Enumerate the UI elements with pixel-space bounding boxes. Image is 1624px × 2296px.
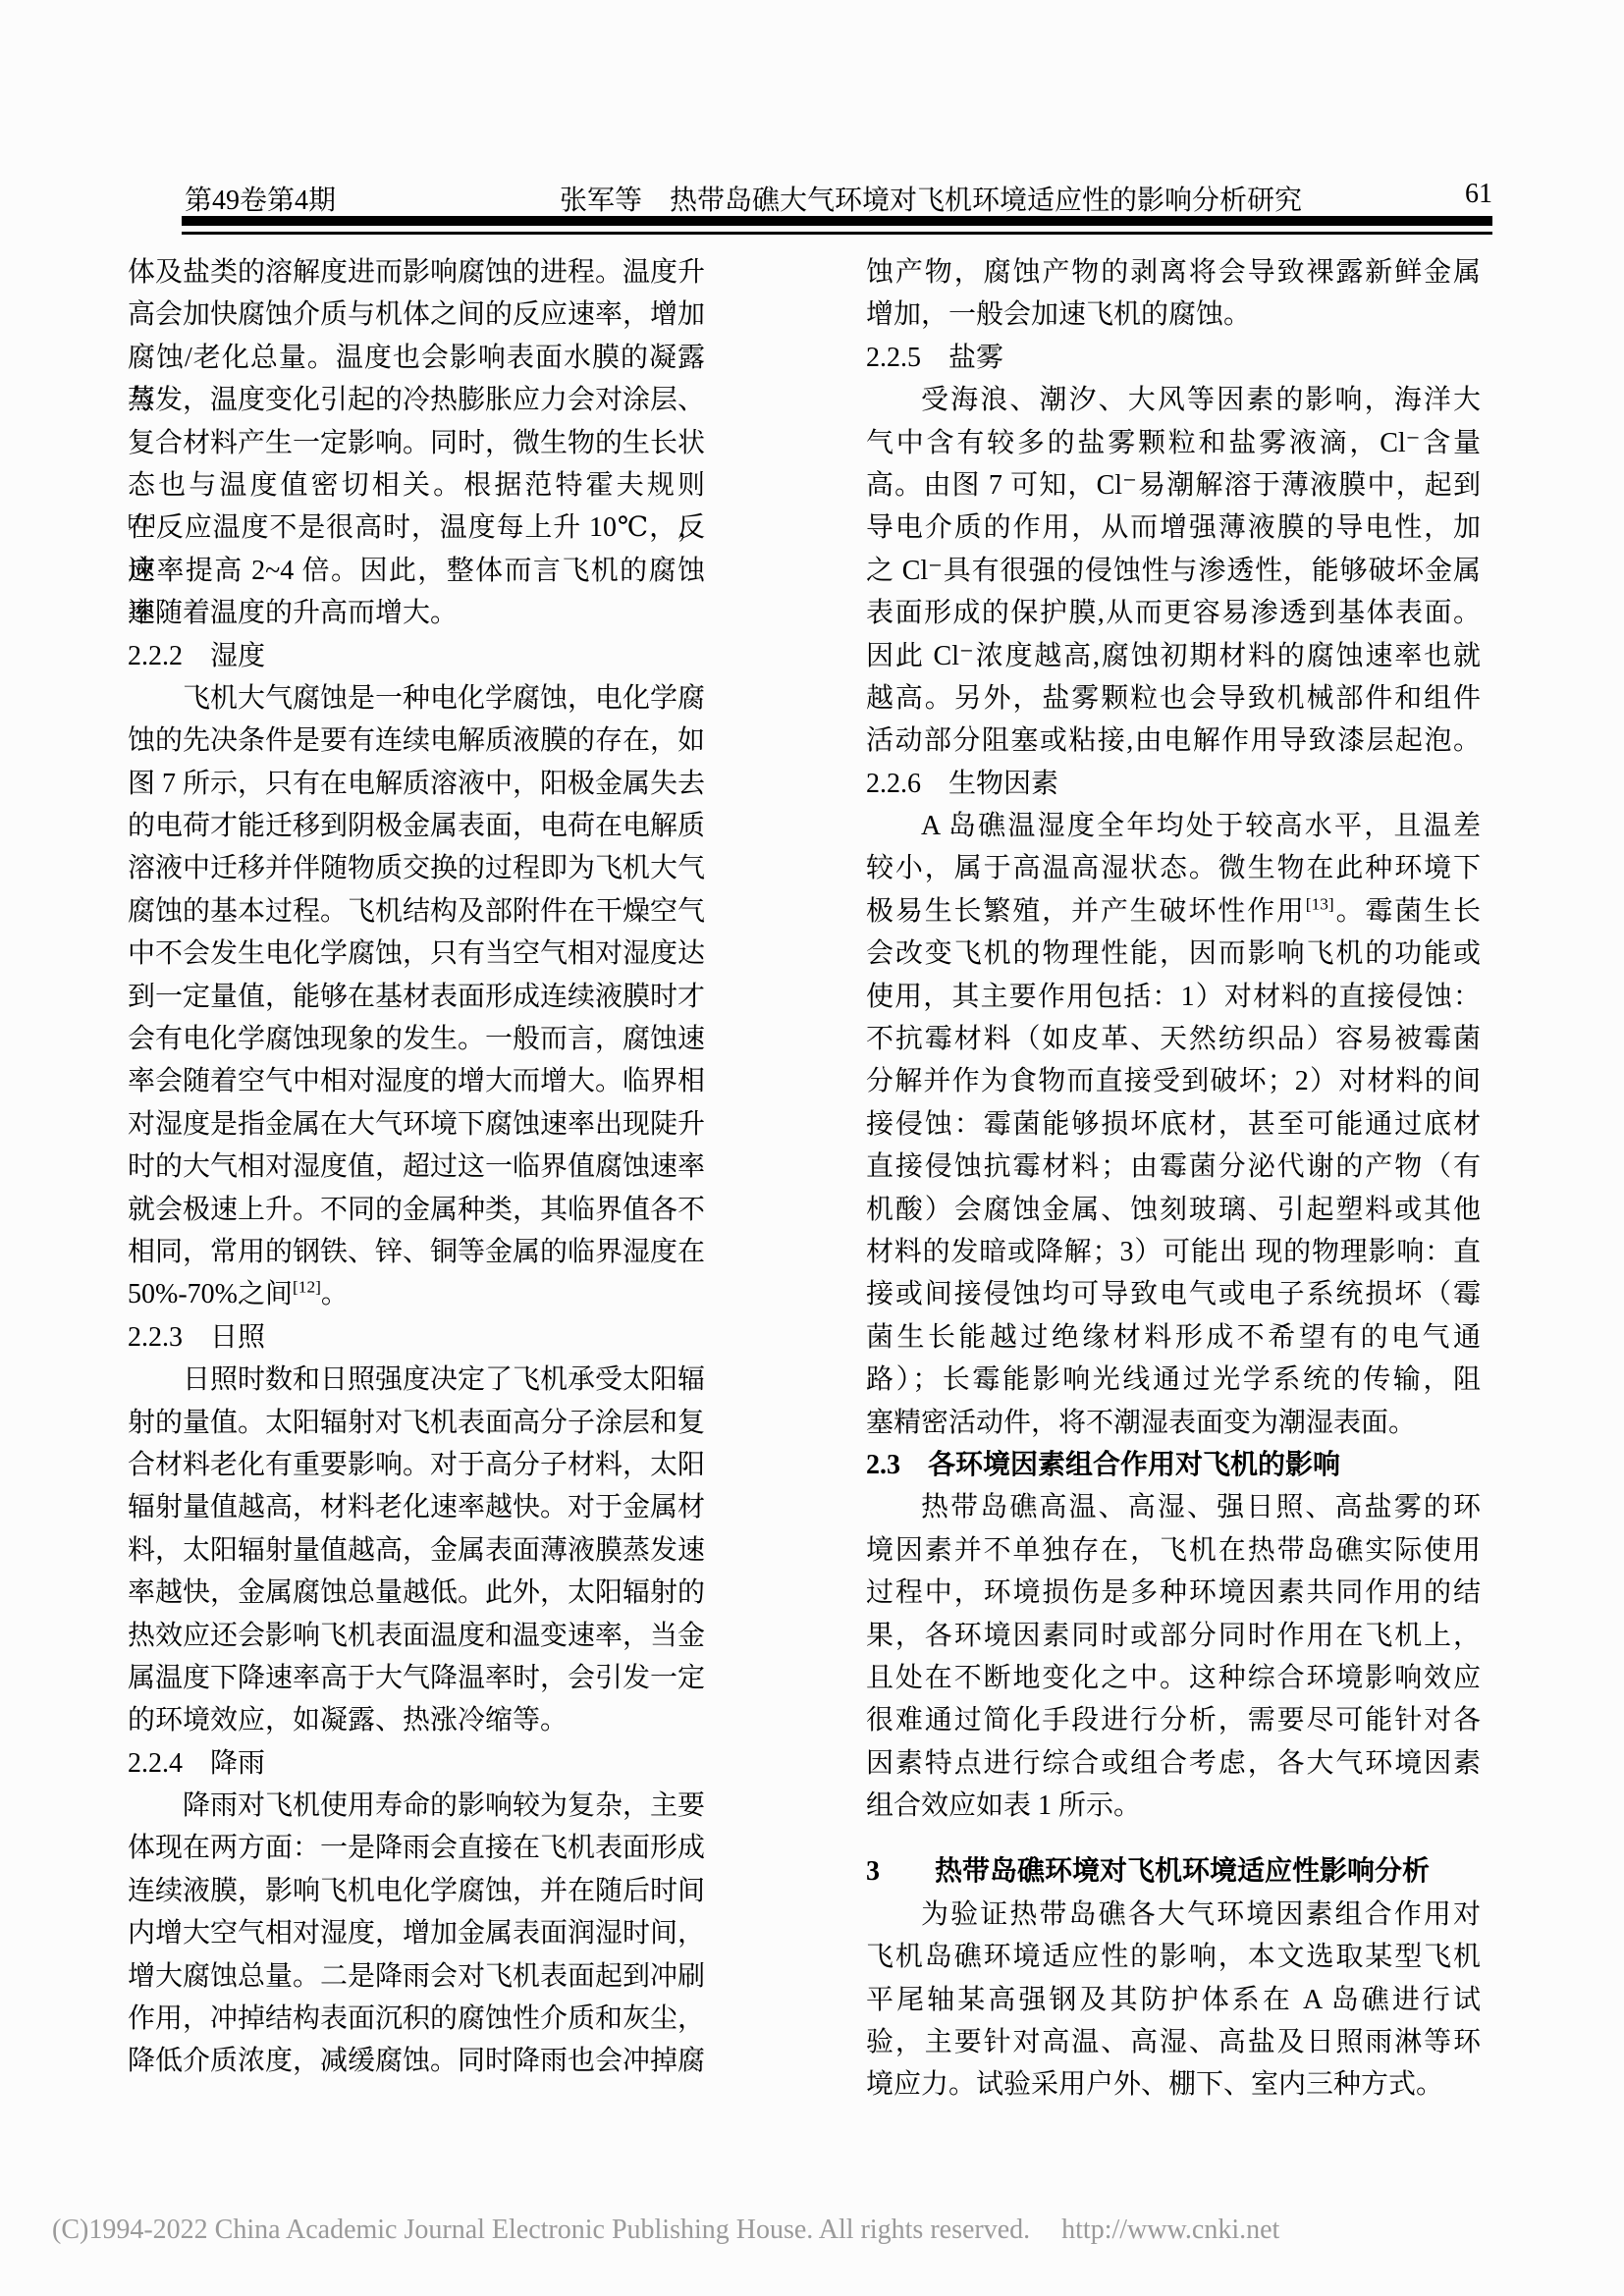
text-line: 受海浪、潮汐、大风等因素的影响，海洋大 <box>866 379 1481 421</box>
text-line: 溶液中迁移并伴随物质交换的过程即为飞机大气 <box>128 847 705 889</box>
text-line: 50%-70%之间[12]。 <box>128 1273 705 1315</box>
text-line: 材料的发暗或降解；3）可能出 现的物理影响：直 <box>866 1231 1481 1273</box>
text-line: 气中含有较多的盐雾颗粒和盐雾液滴，Cl⁻含量 <box>866 422 1481 464</box>
running-head-title: 张军等 热带岛礁大气环境对飞机环境适应性的影响分析研究 <box>560 179 1302 218</box>
text-line: 日照时数和日照强度决定了飞机承受太阳辐 <box>128 1359 705 1401</box>
subsection-heading: 2.2.3 日照 <box>128 1316 705 1359</box>
text-line: 连续液膜，影响飞机电化学腐蚀，并在随后时间 <box>128 1870 705 1912</box>
text-line: 降低介质浓度，减缓腐蚀。同时降雨也会冲掉腐 <box>128 2040 705 2082</box>
copyright-notice: (C)1994-2022 China Academic Journal Elec… <box>52 2215 1030 2245</box>
page-footer: (C)1994-2022 China Academic Journal Elec… <box>52 2215 1279 2246</box>
text-line: 高。由图 7 可知，Cl⁻易潮解溶于薄液膜中，起到 <box>866 464 1481 507</box>
text-line: 菌生长能越过绝缘材料形成不希望有的电气通 <box>866 1316 1481 1359</box>
text-line: 料，太阳辐射量值越高，金属表面薄液膜蒸发速 <box>128 1529 705 1572</box>
cnki-url: http://www.cnki.net <box>1061 2215 1279 2245</box>
text-line: 图 7 所示，只有在电解质溶液中，阳极金属失去 <box>128 763 705 805</box>
section-heading: 3 热带岛礁环境对飞机环境适应性影响分析 <box>866 1850 1481 1893</box>
text-line: 为验证热带岛礁各大气环境因素组合作用对 <box>866 1894 1481 1936</box>
text-line: 使用，其主要作用包括：1）对材料的直接侵蚀： <box>866 976 1481 1018</box>
text-line: 射的量值。太阳辐射对飞机表面高分子涂层和复 <box>128 1402 705 1444</box>
text-line: 因此 Cl⁻浓度越高,腐蚀初期材料的腐蚀速率也就 <box>866 635 1481 677</box>
text-line: 中不会发生电化学腐蚀，只有当空气相对湿度达 <box>128 933 705 975</box>
text-line: 率越快，金属腐蚀总量越低。此外，太阳辐射的 <box>128 1572 705 1614</box>
text-line: 飞机岛礁环境适应性的影响，本文选取某型飞机 <box>866 1936 1481 1978</box>
text-line: 对湿度是指金属在大气环境下腐蚀速率出现陡升 <box>128 1103 705 1146</box>
text-line: 率随着温度的升高而增大。 <box>128 592 705 634</box>
text-line: 率会随着空气中相对湿度的增大而增大。临界相 <box>128 1060 705 1102</box>
text-line: 且处在不断地变化之中。这种综合环境影响效应 <box>866 1657 1481 1699</box>
text-line: 在反应温度不是很高时，温度每上升 10℃，反应 <box>128 507 705 549</box>
text-line: 时的大气相对湿度值，超过这一临界值腐蚀速率 <box>128 1146 705 1188</box>
subsection-heading: 2.2.4 降雨 <box>128 1742 705 1785</box>
text-line: 接侵蚀：霉菌能够损坏底材，甚至可能通过底材 <box>866 1103 1481 1146</box>
text-line: 较小，属于高温高湿状态。微生物在此种环境下 <box>866 847 1481 889</box>
text-line: 腐蚀/老化总量。温度也会影响表面水膜的凝露与 <box>128 337 705 379</box>
subsection-heading: 2.2.2 湿度 <box>128 635 705 677</box>
text-line: 的环境效应，如凝露、热涨冷缩等。 <box>128 1699 705 1741</box>
text-line: 增大腐蚀总量。二是降雨会对飞机表面起到冲刷 <box>128 1955 705 1998</box>
text-line: 热带岛礁高温、高湿、强日照、高盐雾的环 <box>866 1486 1481 1528</box>
text-line: 果，各环境因素同时或部分同时作用在飞机上， <box>866 1615 1481 1657</box>
text-line: 活动部分阻塞或粘接,由电解作用导致漆层起泡。 <box>866 720 1481 762</box>
left-column: 体及盐类的溶解度进而影响腐蚀的进程。温度升高会加快腐蚀介质与机体之间的反应速率，… <box>128 251 705 2083</box>
text-line: 的电荷才能迁移到阴极金属表面，电荷在电解质 <box>128 805 705 847</box>
text-line: 平尾轴某高强钢及其防护体系在 A 岛礁进行试 <box>866 1979 1481 2021</box>
text-line: 境应力。试验采用户外、棚下、室内三种方式。 <box>866 2063 1481 2106</box>
text-line: 越高。另外，盐雾颗粒也会导致机械部件和组件 <box>866 677 1481 720</box>
text-line: 蒸发，温度变化引起的冷热膨胀应力会对涂层、 <box>128 379 705 421</box>
page-number: 61 <box>1414 179 1492 210</box>
text-line: 体及盐类的溶解度进而影响腐蚀的进程。温度升 <box>128 251 705 294</box>
text-line: 作用，冲掉结构表面沉积的腐蚀性介质和灰尘， <box>128 1998 705 2040</box>
text-line: 速率提高 2~4 倍。因此，整体而言飞机的腐蚀速 <box>128 550 705 592</box>
text-line: 之 Cl⁻具有很强的侵蚀性与渗透性，能够破坏金属 <box>866 550 1481 592</box>
text-line: 接或间接侵蚀均可导致电气或电子系统损坏（霉 <box>866 1273 1481 1315</box>
text-line: 塞精密活动件，将不潮湿表面变为潮湿表面。 <box>866 1402 1481 1444</box>
text-line: 表面形成的保护膜,从而更容易渗透到基体表面。 <box>866 592 1481 634</box>
text-line: 因素特点进行综合或组合考虑，各大气环境因素 <box>866 1742 1481 1785</box>
text-line: 会改变飞机的物理性能，因而影响飞机的功能或 <box>866 933 1481 975</box>
subsection-heading: 2.2.5 盐雾 <box>866 337 1481 379</box>
text-line: 导电介质的作用，从而增强薄液膜的导电性，加 <box>866 507 1481 549</box>
text-line: 降雨对飞机使用寿命的影响较为复杂，主要 <box>128 1785 705 1827</box>
text-line: 分解并作为食物而直接受到破坏；2）对材料的间 <box>866 1060 1481 1102</box>
subsection-heading: 2.2.6 生物因素 <box>866 763 1481 805</box>
text-line: 会有电化学腐蚀现象的发生。一般而言，腐蚀速 <box>128 1018 705 1060</box>
subsection-heading-bold: 2.3 各环境因素组合作用对飞机的影响 <box>866 1444 1481 1486</box>
text-line: 内增大空气相对湿度，增加金属表面润湿时间， <box>128 1912 705 1954</box>
text-line: 飞机大气腐蚀是一种电化学腐蚀，电化学腐 <box>128 677 705 720</box>
right-column: 蚀产物，腐蚀产物的剥离将会导致裸露新鲜金属增加，一般会加速飞机的腐蚀。2.2.5… <box>866 251 1481 2107</box>
header-rule-thick <box>182 216 1492 226</box>
text-line: 合材料老化有重要影响。对于高分子材料，太阳 <box>128 1444 705 1486</box>
text-line: 高会加快腐蚀介质与机体之间的反应速率，增加 <box>128 294 705 336</box>
text-line: A 岛礁温湿度全年均处于较高水平，且温差 <box>866 805 1481 847</box>
text-line: 热效应还会影响飞机表面温度和温变速率，当金 <box>128 1615 705 1657</box>
text-line: 境因素并不单独存在，飞机在热带岛礁实际使用 <box>866 1529 1481 1572</box>
text-line: 属温度下降速率高于大气降温率时，会引发一定 <box>128 1657 705 1699</box>
text-line: 腐蚀的基本过程。飞机结构及部附件在干燥空气 <box>128 890 705 933</box>
header-rule-thin <box>182 232 1492 235</box>
text-line: 极易生长繁殖，并产生破坏性作用[13]。霉菌生长 <box>866 890 1481 933</box>
text-line: 组合效应如表 1 所示。 <box>866 1785 1481 1827</box>
paper-page: 第49卷第4期 张军等 热带岛礁大气环境对飞机环境适应性的影响分析研究 61 体… <box>0 0 1624 2296</box>
text-line: 路）；长霉能影响光线通过光学系统的传输，阻 <box>866 1359 1481 1401</box>
text-line: 态也与温度值密切相关。根据范特霍夫规则[11]， <box>128 464 705 507</box>
text-line: 很难通过简化手段进行分析，需要尽可能针对各 <box>866 1699 1481 1741</box>
text-line: 复合材料产生一定影响。同时，微生物的生长状 <box>128 422 705 464</box>
text-line: 体现在两方面：一是降雨会直接在飞机表面形成 <box>128 1827 705 1869</box>
text-line: 不抗霉材料（如皮革、天然纺织品）容易被霉菌 <box>866 1018 1481 1060</box>
text-line: 就会极速上升。不同的金属种类，其临界值各不 <box>128 1189 705 1231</box>
text-line: 到一定量值，能够在基材表面形成连续液膜时才 <box>128 976 705 1018</box>
text-line: 辐射量值越高，材料老化速率越快。对于金属材 <box>128 1486 705 1528</box>
text-line: 相同，常用的钢铁、锌、铜等金属的临界湿度在 <box>128 1231 705 1273</box>
text-line: 过程中，环境损伤是多种环境因素共同作用的结 <box>866 1572 1481 1614</box>
journal-volume-issue: 第49卷第4期 <box>185 179 336 218</box>
text-line: 验，主要针对高温、高湿、高盐及日照雨淋等环 <box>866 2021 1481 2063</box>
text-line: 机酸）会腐蚀金属、蚀刻玻璃、引起塑料或其他 <box>866 1189 1481 1231</box>
text-line: 直接侵蚀抗霉材料；由霉菌分泌代谢的产物（有 <box>866 1146 1481 1188</box>
text-line: 蚀的先决条件是要有连续电解质液膜的存在，如 <box>128 720 705 762</box>
text-line: 蚀产物，腐蚀产物的剥离将会导致裸露新鲜金属 <box>866 251 1481 294</box>
text-line: 增加，一般会加速飞机的腐蚀。 <box>866 294 1481 336</box>
